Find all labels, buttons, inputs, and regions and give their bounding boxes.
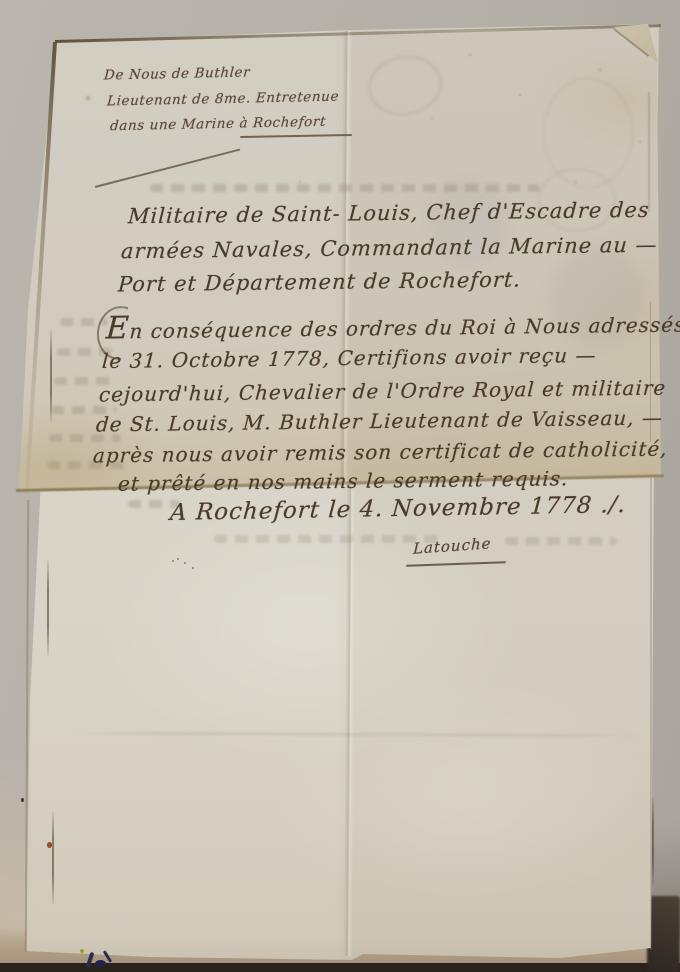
- blue-ink-blot: [95, 960, 106, 967]
- manuscript-line: Port et Département de Rochefort.: [117, 270, 521, 296]
- pencil-mark: [172, 560, 174, 562]
- manuscript-line: cejourd'hui, Chevalier de l'Ordre Royal …: [98, 378, 666, 405]
- photo-of-manuscript: De Nous de Buthler Lieutenant de 8me. En…: [0, 0, 680, 972]
- paper-slit: [52, 812, 54, 904]
- green-speck: [80, 949, 84, 953]
- manuscript-line: et prêté en nos mains le serment requis.: [117, 468, 569, 494]
- pencil-mark: [192, 567, 194, 569]
- paper-slit: [47, 560, 49, 656]
- showthrough-text-row: [214, 535, 442, 543]
- ink-speck: [21, 798, 24, 802]
- right-crease: [648, 92, 650, 212]
- red-wax-speck: [47, 842, 52, 848]
- showthrough-text-row: [150, 184, 540, 192]
- manuscript-line: le 31. Octobre 1778, Certifions avoir re…: [101, 345, 597, 371]
- pencil-mark: [184, 562, 186, 564]
- showthrough-text-row: [505, 537, 617, 545]
- pencil-mark: [177, 558, 179, 560]
- manuscript-line: après nous avoir remis son certificat de…: [92, 438, 668, 465]
- marginal-note-line: De Nous de Buthler: [104, 66, 251, 83]
- manuscript-line: de St. Louis, M. Buthler Lieutenant de V…: [95, 408, 663, 435]
- paper-slit: [652, 798, 654, 886]
- paper-slit: [50, 330, 52, 422]
